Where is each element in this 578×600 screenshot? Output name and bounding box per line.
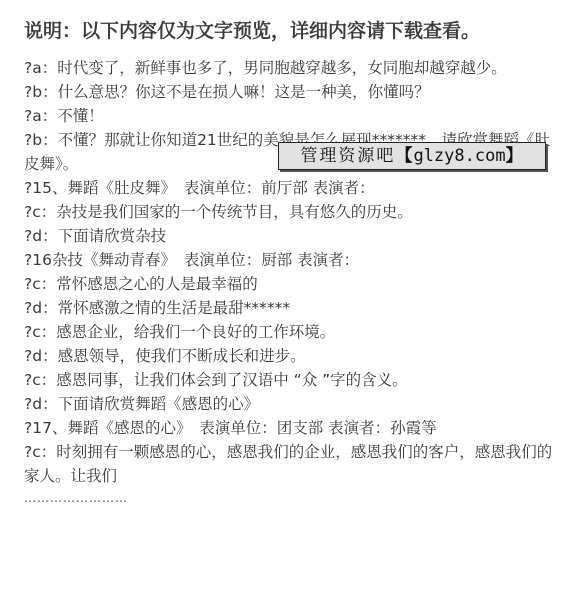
watermark-bracket-open: 【 — [395, 146, 413, 166]
watermark-banner: 管理资源吧【glzy8.com】 — [278, 142, 546, 170]
program-item-line: ?16杂技《舞动青春》 表演单位：厨部 表演者： — [24, 248, 554, 272]
dialogue-line: ?a：时代变了，新鲜事也多了，男同胞越穿越多，女同胞却越穿越少。 — [24, 56, 554, 80]
dialogue-line: ?d：下面请欣赏舞蹈《感恩的心》 — [24, 392, 554, 416]
program-item-line: ?17、舞蹈《感恩的心》 表演单位：团支部 表演者：孙霞等 — [24, 416, 554, 440]
watermark-url: glzy8.com — [413, 146, 505, 166]
program-item-line: ?15、舞蹈《肚皮舞》 表演单位：前厅部 表演者： — [24, 176, 554, 200]
dialogue-line: ?c：感恩企业，给我们一个良好的工作环境。 — [24, 320, 554, 344]
dialogue-line: ?c：杂技是我们国家的一个传统节目，具有悠久的历史。 — [24, 200, 554, 224]
dialogue-line: ?c：时刻拥有一颗感恩的心，感恩我们的企业，感恩我们的客户，感恩我们的家人。让我… — [24, 440, 554, 488]
watermark-bracket-close: 】 — [506, 146, 524, 166]
dialogue-line: ?a：不懂！ — [24, 104, 554, 128]
dialogue-line: ?d：感恩领导，使我们不断成长和进步。 — [24, 344, 554, 368]
dialogue-line: ?d：常怀感激之情的生活是最甜****** — [24, 296, 554, 320]
dialogue-line: ?c：常怀感恩之心的人是最幸福的 — [24, 272, 554, 296]
document-preview-text: ?a：时代变了，新鲜事也多了，男同胞越穿越多，女同胞却越穿越少。 ?b：什么意思… — [24, 56, 554, 512]
dialogue-line: ?d：下面请欣赏杂技 — [24, 224, 554, 248]
truncation-ellipsis: …………………… — [24, 488, 554, 512]
preview-notice-title: 说明：以下内容仅为文字预览，详细内容请下载查看。 — [24, 16, 480, 43]
dialogue-line: ?c：感恩同事，让我们体会到了汉语中 “众 ”字的含义。 — [24, 368, 554, 392]
dialogue-line: ?b：什么意思？你这不是在损人嘛！这是一种美，你懂吗？ — [24, 80, 554, 104]
watermark-site-name: 管理资源吧 — [300, 146, 395, 166]
